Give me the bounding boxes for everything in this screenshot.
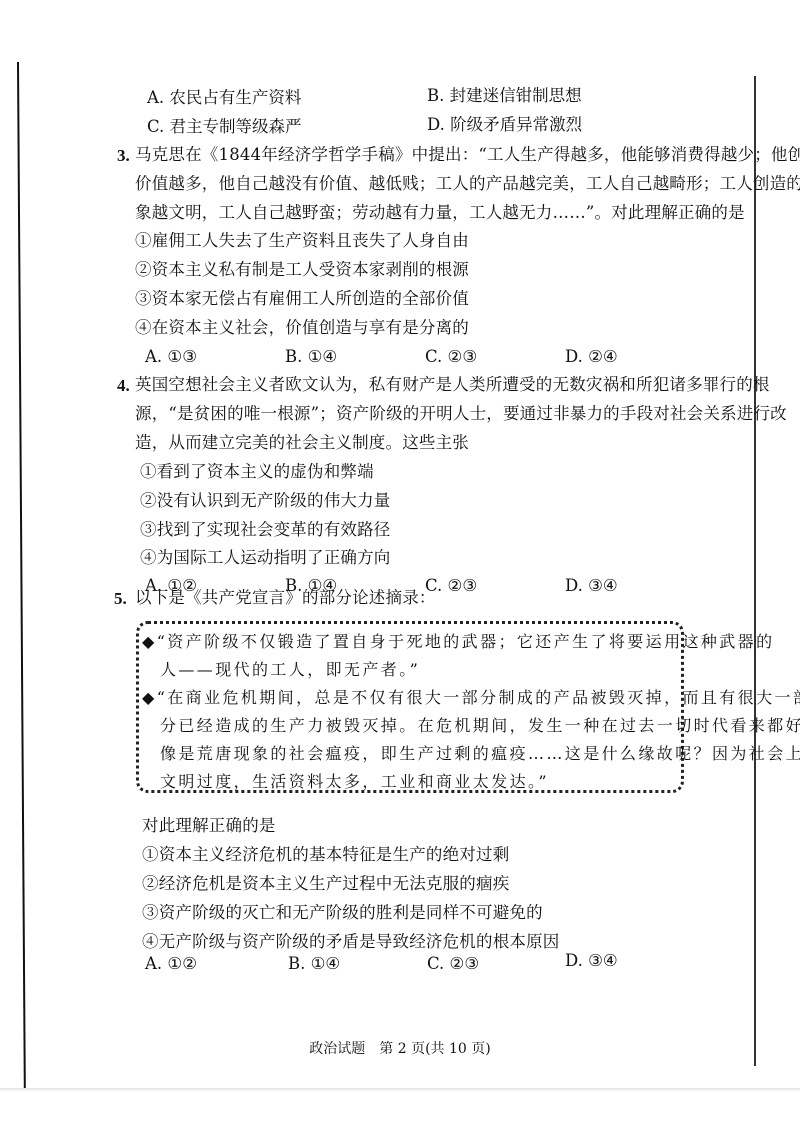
q3-option-b: B. ①④ — [285, 347, 337, 367]
quote-line-2: 人——现代的工人，即无产者。” — [160, 660, 420, 680]
q2-option-a: A. 农民占有生产资料 — [147, 88, 301, 108]
question-number-3: 3. — [117, 146, 130, 166]
q5-statement-1: ①资本主义经济危机的基本特征是生产的绝对过剩 — [142, 845, 509, 865]
quote-line-4: 分已经造成的生产力被毁灭掉。在危机期间，发生一种在过去一切时代看来都好 — [160, 716, 800, 736]
q4-statement-1: ①看到了资本主义的虚伪和弊端 — [140, 462, 374, 482]
q2-option-b: B. 封建迷信钳制思想 — [427, 86, 582, 106]
q3-option-c: C. ②③ — [425, 347, 477, 367]
q4-stem-line-3: 造，从而建立完美的社会主义制度。这些主张 — [135, 433, 469, 453]
quote-line-6: 文明过度，生活资料太多，工业和商业太发达。” — [160, 772, 549, 792]
q4-statement-4: ④为国际工人运动指明了正确方向 — [140, 548, 391, 568]
q5-intro: 以下是《共产党宣言》的部分论述摘录： — [135, 588, 436, 608]
q3-option-d: D. ②④ — [565, 347, 618, 367]
q4-statement-3: ③找到了实现社会变革的有效路径 — [140, 520, 391, 540]
q3-stem-line-3: 象越文明，工人自己越野蛮；劳动越有力量，工人越无力……”。对此理解正确的是 — [135, 203, 745, 223]
q3-stem-line-1: 马克思在《1844年经济学哲学手稿》中提出：“工人生产得越多，他能够消费得越少；… — [135, 145, 800, 165]
q2-option-d: D. 阶级矛盾异常激烈 — [427, 115, 582, 135]
q3-statement-2: ②资本主义私有制是工人受资本家剥削的根源 — [135, 260, 469, 280]
q5-statement-4: ④无产阶级与资产阶级的矛盾是导致经济危机的根本原因 — [142, 932, 560, 952]
q5-statement-3: ③资产阶级的灭亡和无产阶级的胜利是同样不可避免的 — [142, 903, 543, 923]
below-page-area — [0, 1091, 800, 1131]
quote-line-3: ◆“在商业危机期间，总是不仅有很大一部分制成的产品被毁灭掉，而且有很大一部 — [142, 688, 800, 708]
q5-statement-2: ②经济危机是资本主义生产过程中无法克服的痼疾 — [142, 874, 509, 894]
q4-stem-line-2: 源，“是贫困的唯一根源”；资产阶级的开明人士，要通过非暴力的手段对社会关系进行改 — [135, 404, 787, 424]
quote-line-1: ◆“资产阶级不仅锻造了置自身于死地的武器；它还产生了将要运用这种武器的 — [142, 632, 775, 652]
page-footer: 政治试题 第 2 页(共 10 页) — [0, 1040, 800, 1058]
question-number-5: 5. — [114, 589, 127, 609]
q5-option-c: C. ②③ — [427, 954, 479, 974]
left-binding-rule — [17, 62, 26, 1092]
q4-stem-line-1: 英国空想社会主义者欧文认为，私有财产是人类所遭受的无数灾祸和所犯诸多罪行的根 — [135, 375, 770, 395]
q3-stem-line-2: 价值越多，他自己越没有价值、越低贱；工人的产品越完美，工人自己越畸形；工人创造的… — [135, 174, 800, 194]
question-number-4: 4. — [117, 376, 130, 396]
q5-option-b: B. ①④ — [288, 954, 340, 974]
right-margin-rule — [754, 76, 756, 1066]
q3-statement-3: ③资本家无偿占有雇佣工人所创造的全部价值 — [135, 289, 469, 309]
q4-option-d: D. ③④ — [565, 576, 618, 596]
exam-page: A. 农民占有生产资料 B. 封建迷信钳制思想 C. 君主专制等级森严 D. 阶… — [0, 0, 800, 1088]
quote-line-5: 像是荒唐现象的社会瘟疫，即生产过剩的瘟疫……这是什么缘故呢？因为社会上 — [160, 744, 800, 764]
q2-option-c: C. 君主专制等级森严 — [147, 117, 302, 137]
q3-statement-4: ④在资本主义社会，价值创造与享有是分离的 — [135, 318, 469, 338]
q3-statement-1: ①雇佣工人失去了生产资料且丧失了人身自由 — [135, 231, 469, 251]
q5-option-a: A. ①② — [145, 954, 197, 974]
q5-prompt: 对此理解正确的是 — [142, 816, 276, 836]
q3-option-a: A. ①③ — [145, 347, 197, 367]
q5-option-d: D. ③④ — [565, 951, 618, 971]
q4-statement-2: ②没有认识到无产阶级的伟大力量 — [140, 491, 391, 511]
